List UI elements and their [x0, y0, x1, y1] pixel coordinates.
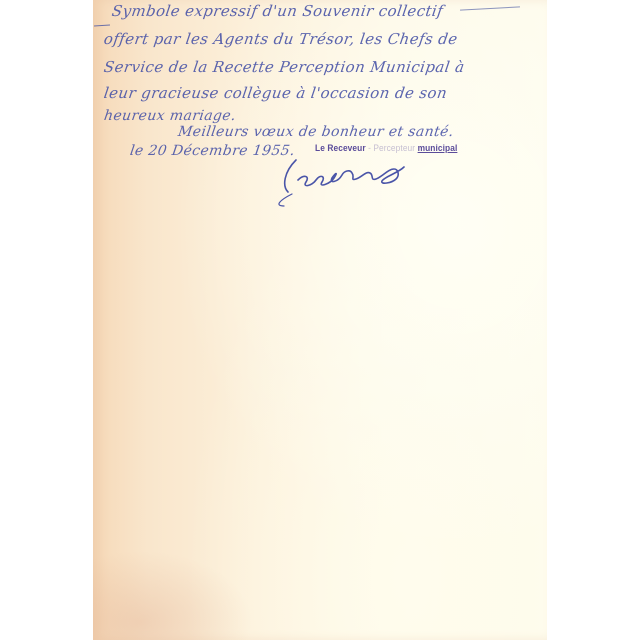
- letter-line-4: leur gracieuse collègue à l'occasion de …: [103, 84, 449, 102]
- closing-line: Meilleurs vœux de bonheur et santé.: [177, 124, 455, 140]
- letter-line-5: heureux mariage.: [103, 108, 237, 124]
- letter-line-2: offert par les Agents du Trésor, les Che…: [103, 30, 459, 48]
- letter-line-3: Service de la Recette Perception Municip…: [103, 58, 466, 76]
- photo-background: Symbole expressif d'un Souvenir collecti…: [0, 0, 640, 640]
- signature-icon: [270, 150, 460, 210]
- letter-line-1: Symbole expressif d'un Souvenir collecti…: [111, 2, 445, 20]
